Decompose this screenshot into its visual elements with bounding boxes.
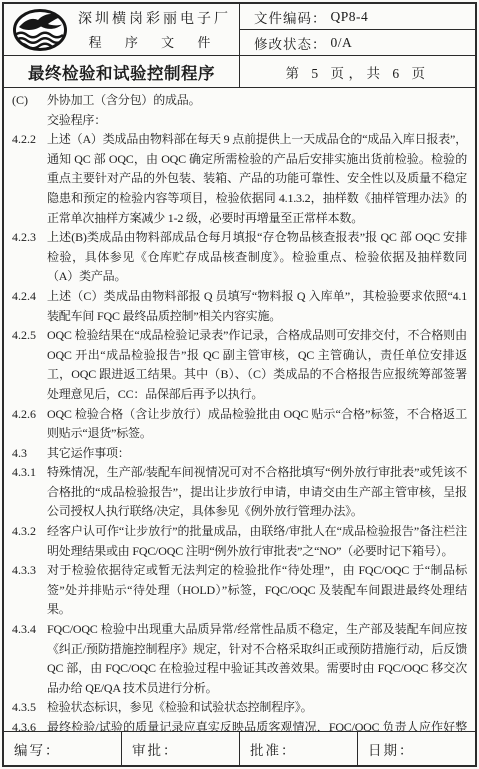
- clause-text: 上述(B)类成品由物料部成品仓每月填报“存仓物品核查报表”报 QC 部 OQC …: [47, 228, 467, 287]
- clause-number: 4.3.5: [10, 698, 47, 718]
- revision-status-label: 修改状态：: [254, 33, 327, 53]
- bird-over-waves-logo-icon: [11, 7, 69, 53]
- clause-number: 4.2.3: [10, 228, 47, 248]
- page-title: 最终检验和试验控制程序: [28, 60, 215, 84]
- header-left-text: 深圳横岗彩丽电子厂 程 序 文 件: [70, 8, 239, 51]
- clause-text: 对于检验依据待定或暂无法判定的检验批作“待处理”，由 FQC/OQC 于“制品标…: [47, 561, 467, 620]
- document-header: 深圳横岗彩丽电子厂 程 序 文 件 文件编码： QP8-4 修改状态： 0/A: [4, 4, 475, 56]
- clause-item-4-3-5: 4.3.5 检验状态标识，参见《检验和试验状态控制程序》。: [10, 698, 467, 718]
- document-type: 程 序 文 件: [89, 32, 221, 51]
- header-right-cell: 文件编码： QP8-4 修改状态： 0/A: [240, 4, 475, 55]
- clause-item-4-2-2: 4.2.2 上述（A）类成品由物料部在每天 9 点前提供上一天成品仓的“成品入库…: [10, 130, 467, 228]
- clause-item-4-3-6: 4.3.6 最终检验/试验的质量记录应真实反映品质客观情况，FQC/OQC 负责…: [10, 718, 467, 731]
- clause-text: 交验程序：: [47, 111, 467, 131]
- company-name: 深圳横岗彩丽电子厂: [78, 8, 231, 28]
- page-number-cell: 第 5 页，共 6 页: [240, 56, 475, 87]
- clause-number: 4.3.2: [10, 522, 47, 542]
- clause-number: 4.2.6: [10, 405, 47, 425]
- clause-number: 4.2.2: [10, 130, 47, 150]
- footer-cell-approver: 批准：: [239, 732, 357, 765]
- title-row: 最终检验和试验控制程序 第 5 页，共 6 页: [4, 56, 475, 88]
- clause-text: 外协加工（含分包）的成品。: [47, 91, 467, 111]
- clause-text: OQC 检验合格（含让步放行）成品检验批由 OQC 贴示“合格”标签，不合格返工…: [47, 405, 467, 444]
- page-number-text: 第 5 页，共 6 页: [286, 62, 430, 82]
- clause-text: 上述（A）类成品由物料部在每天 9 点前提供上一天成品仓的“成品入库日报表”，通…: [47, 130, 467, 228]
- clause-item-4-2-6: 4.2.6 OQC 检验合格（含让步放行）成品检验批由 OQC 贴示“合格”标签…: [10, 405, 467, 444]
- document-table: 深圳横岗彩丽电子厂 程 序 文 件 文件编码： QP8-4 修改状态： 0/A …: [2, 2, 477, 767]
- clause-item-4-3-3: 4.3.3 对于检验依据待定或暂无法判定的检验批作“待处理”，由 FQC/OQC…: [10, 561, 467, 620]
- title-cell: 最终检验和试验控制程序: [4, 56, 240, 87]
- footer-cell-writer: 编写：: [4, 732, 121, 765]
- footer-cell-date: 日期：: [357, 732, 475, 765]
- clause-text: 特殊情况，生产部/装配车间视情况可对不合格批填写“例外放行审批表”或凭该不合格批…: [47, 463, 467, 522]
- revision-status-row: 修改状态： 0/A: [240, 29, 475, 55]
- clause-item-4-2-4: 4.2.4 上述（C）类成品由物料部报 Q 员填写“物料报 Q 入库单”，其检验…: [10, 287, 467, 326]
- clause-item-4-3-1: 4.3.1 特殊情况，生产部/装配车间视情况可对不合格批填写“例外放行审批表”或…: [10, 463, 467, 522]
- footer-cell-reviewer: 审批：: [121, 732, 239, 765]
- signature-footer: 编写： 审批： 批准： 日期：: [4, 731, 475, 765]
- clause-item-4-3-4: 4.3.4 FQC/OQC 检验中出现重大品质异常/经常性品质不稳定，生产部及装…: [10, 620, 467, 698]
- clause-number: 4.3.1: [10, 463, 47, 483]
- clause-number: 4.3.4: [10, 620, 47, 640]
- clause-text: OQC 检验结果在“成品检验记录表”作记录，合格成品则可安排交付，不合格则由 O…: [47, 326, 467, 404]
- document-code-label: 文件编码：: [254, 7, 327, 27]
- clause-number: (C): [10, 91, 47, 111]
- clause-number: 4.2.4: [10, 287, 47, 307]
- header-left-cell: 深圳横岗彩丽电子厂 程 序 文 件: [4, 4, 240, 55]
- clause-item-4-3-2: 4.3.2 经客户认可作“让步放行”的批量成品，由联络/审批人在“成品检验报告”…: [10, 522, 467, 561]
- clause-number: 4.2.5: [10, 326, 47, 346]
- clause-item-4-2-5: 4.2.5 OQC 检验结果在“成品检验记录表”作记录，合格成品则可安排交付，不…: [10, 326, 467, 404]
- clause-number: 4.3.6: [10, 718, 47, 731]
- document-body: (C) 外协加工（含分包）的成品。 交验程序： 4.2.2 上述（A）类成品由物…: [4, 88, 475, 731]
- clause-item-4-3: 4.3 其它运作事项：: [10, 444, 467, 464]
- clause-text: 经客户认可作“让步放行”的批量成品，由联络/审批人在“成品检验报告”备注栏注明处…: [47, 522, 467, 561]
- clause-text: 其它运作事项：: [47, 444, 467, 464]
- clause-text: 上述（C）类成品由物料部报 Q 员填写“物料报 Q 入库单”，其检验要求依照“4…: [47, 287, 467, 326]
- clause-item-c: (C) 外协加工（含分包）的成品。: [10, 91, 467, 111]
- document-code-value: QP8-4: [331, 9, 369, 25]
- revision-status-value: 0/A: [331, 35, 353, 51]
- clause-text: 检验状态标识，参见《检验和试验状态控制程序》。: [47, 698, 467, 718]
- document-code-row: 文件编码： QP8-4: [240, 4, 475, 29]
- clause-item-procedure: 交验程序：: [10, 111, 467, 131]
- clause-number: 4.3.3: [10, 561, 47, 581]
- clause-number: 4.3: [10, 444, 47, 464]
- clause-text: FQC/OQC 检验中出现重大品质异常/经常性品质不稳定，生产部及装配车间应按《…: [47, 620, 467, 698]
- clause-text: 最终检验/试验的质量记录应真实反映品质客观情况，FQC/OQC 负责人应作好整理…: [47, 718, 467, 731]
- document-page: 深圳横岗彩丽电子厂 程 序 文 件 文件编码： QP8-4 修改状态： 0/A …: [0, 0, 479, 769]
- clause-item-4-2-3: 4.2.3 上述(B)类成品由物料部成品仓每月填报“存仓物品核查报表”报 QC …: [10, 228, 467, 287]
